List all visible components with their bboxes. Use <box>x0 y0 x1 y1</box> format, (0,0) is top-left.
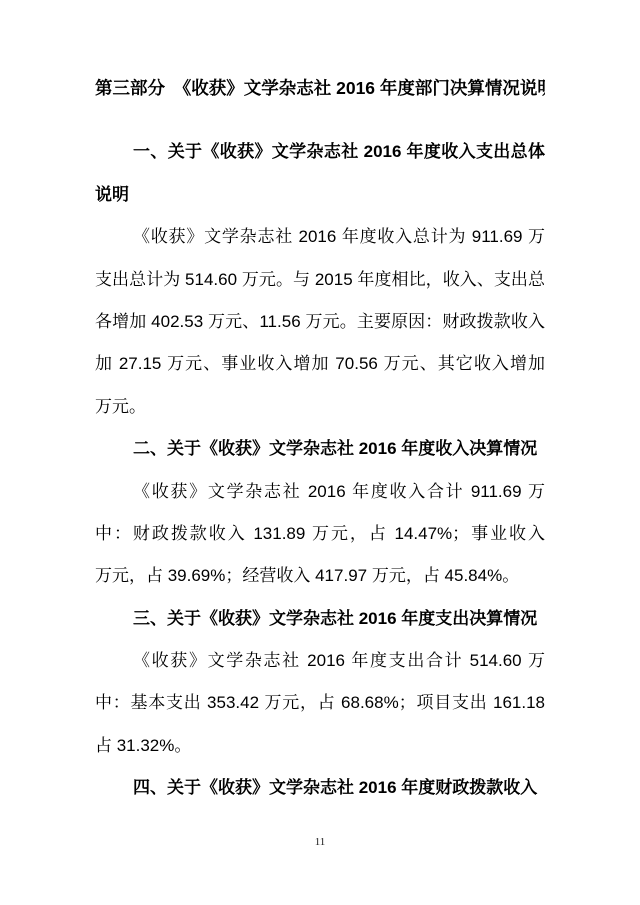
section-heading-3: 三、关于《收获》文学杂志社 2016 年度支出决算情况说明 <box>95 598 545 640</box>
section-heading-2: 二、关于《收获》文学杂志社 2016 年度收入决算情况说明 <box>95 428 545 470</box>
paragraph-2-line-3: 万元，占 39.69%；经营收入 417.97 万元，占 45.84%。 <box>95 555 545 597</box>
spacer <box>95 109 545 131</box>
document-title: 第三部分 《收获》文学杂志社 2016 年度部门决算情况说明 <box>95 67 545 109</box>
section-heading-1-line-2: 说明 <box>95 174 545 216</box>
paragraph-1-line-2: 支出总计为 514.60 万元。与 2015 年度相比，收入、支出总计 <box>95 259 545 301</box>
paragraph-2-line-1: 《收获》文学杂志社 2016 年度收入合计 911.69 万元，其 <box>95 471 545 513</box>
document-page: 第三部分 《收获》文学杂志社 2016 年度部门决算情况说明 一、关于《收获》文… <box>0 0 640 905</box>
paragraph-1-line-5: 万元。 <box>95 386 545 428</box>
section-heading-4: 四、关于《收获》文学杂志社 2016 年度财政拨款收入支出 <box>95 767 545 809</box>
paragraph-3-line-2: 中：基本支出 353.42 万元，占 68.68%；项目支出 161.18 万元… <box>95 682 545 724</box>
paragraph-3-line-1: 《收获》文学杂志社 2016 年度支出合计 514.60 万元，其 <box>95 640 545 682</box>
paragraph-1-line-3: 各增加 402.53 万元、11.56 万元。主要原因：财政拨款收入增 <box>95 301 545 343</box>
paragraph-1-line-1: 《收获》文学杂志社 2016 年度收入总计为 911.69 万元、 <box>95 216 545 258</box>
paragraph-1-line-4: 加 27.15 万元、事业收入增加 70.56 万元、其它收入增加 304.82 <box>95 343 545 385</box>
page-number: 11 <box>0 832 640 852</box>
paragraph-3-line-3: 占 31.32%。 <box>95 725 545 767</box>
document-body: 第三部分 《收获》文学杂志社 2016 年度部门决算情况说明 一、关于《收获》文… <box>95 67 545 810</box>
paragraph-2-line-2: 中：财政拨款收入 131.89 万元，占 14.47%；事业收入 361.83 <box>95 513 545 555</box>
section-heading-1-line-1: 一、关于《收获》文学杂志社 2016 年度收入支出总体情况 <box>95 131 545 173</box>
